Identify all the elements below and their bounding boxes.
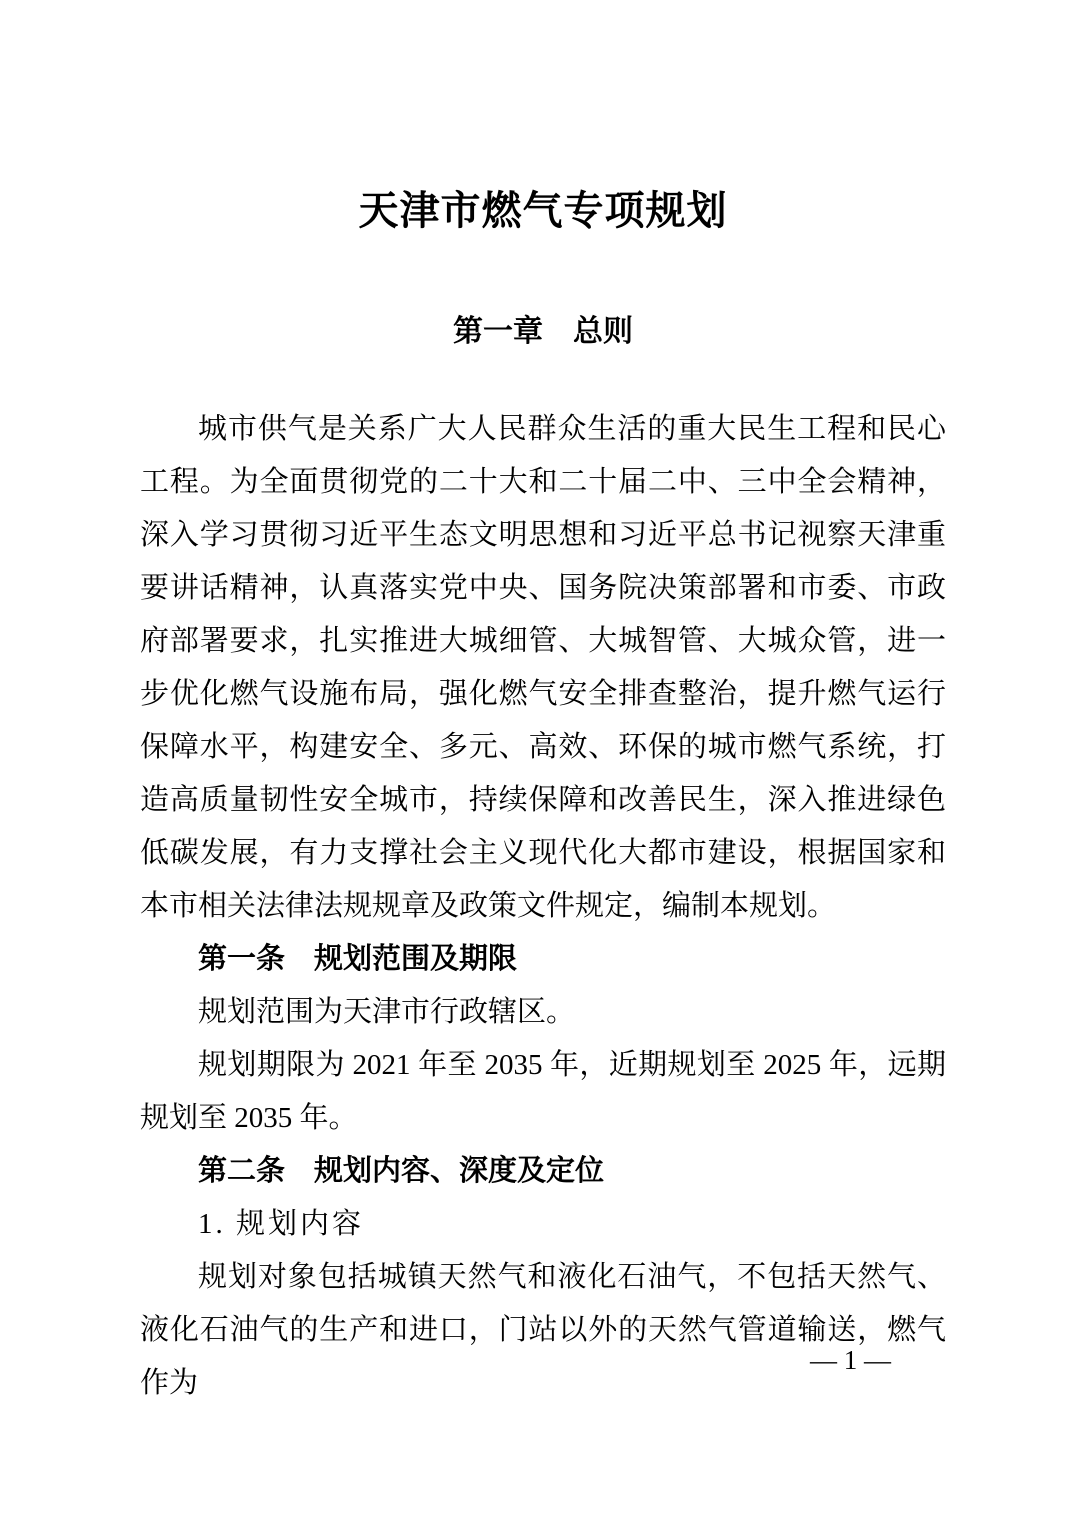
article-1-heading: 第一条 规划范围及期限 xyxy=(140,933,946,986)
article-2-list-item-1: 1. 规划内容 xyxy=(140,1198,946,1251)
chapter-heading: 第一章 总则 xyxy=(140,313,946,351)
document-title: 天津市燃气专项规划 xyxy=(140,185,946,237)
article-2-heading: 第二条 规划内容、深度及定位 xyxy=(140,1145,946,1198)
article-2-paragraph-objects: 规划对象包括城镇天然气和液化石油气，不包括天然气、液化石油气的生产和进口，门站以… xyxy=(140,1251,946,1410)
text-column: 天津市燃气专项规划 第一章 总则 城市供气是关系广大人民群众生活的重大民生工程和… xyxy=(140,0,946,1410)
document-page: 天津市燃气专项规划 第一章 总则 城市供气是关系广大人民群众生活的重大民生工程和… xyxy=(0,0,1074,1520)
article-1-paragraph-period: 规划期限为 2021 年至 2035 年，近期规划至 2025 年，远期规划至 … xyxy=(140,1039,946,1145)
intro-paragraph: 城市供气是关系广大人民群众生活的重大民生工程和民心工程。为全面贯彻党的二十大和二… xyxy=(140,403,946,933)
page-number: — 1 — xyxy=(810,1344,891,1376)
body-text-block: 城市供气是关系广大人民群众生活的重大民生工程和民心工程。为全面贯彻党的二十大和二… xyxy=(140,403,946,1410)
article-1-paragraph-scope: 规划范围为天津市行政辖区。 xyxy=(140,986,946,1039)
